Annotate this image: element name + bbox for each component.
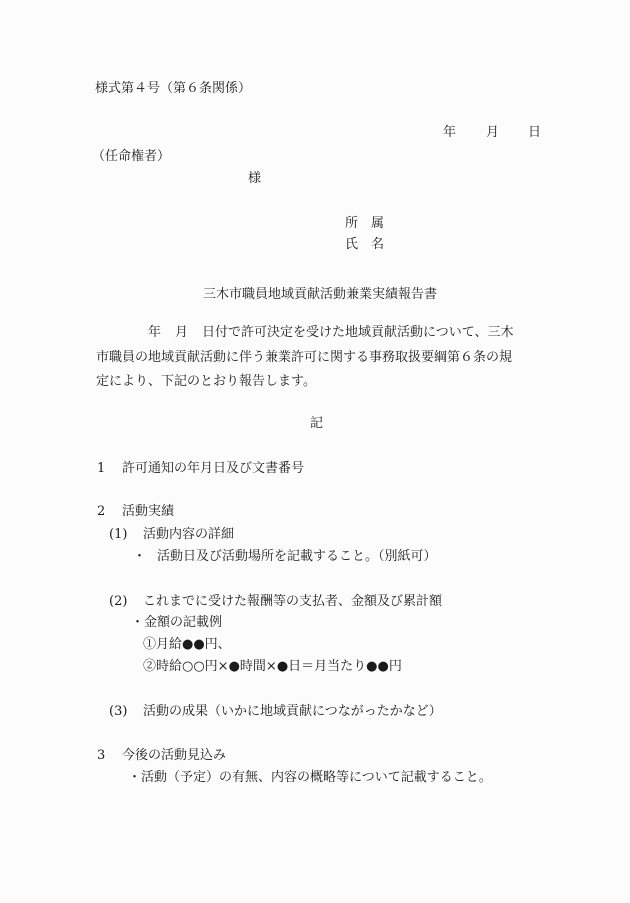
form-number: 様式第４号（第６条関係） [95, 80, 251, 98]
note-bullet: ・ [133, 548, 146, 566]
addressee-appointer: （任命権者） [92, 148, 170, 166]
subsection-number: (1) [109, 526, 127, 544]
name-label: 氏 名 [345, 236, 384, 254]
body-month: 月 [175, 325, 188, 340]
body-line-3: 定により、下記のとおり報告します。 [96, 373, 316, 391]
subsection-note: ・金額の記載例 [131, 614, 222, 632]
affiliation-label: 所 属 [345, 215, 384, 233]
addressee-honorific: 様 [248, 170, 261, 188]
section-note: ・活動（予定）の有無、内容の概略等について記載すること。 [128, 769, 492, 787]
document-title: 三木市職員地域貢献活動兼業実績報告書 [203, 286, 437, 304]
subsection-heading: 活動の成果（いかに地域貢献につながったかなど） [143, 703, 442, 721]
amount-example-2: ②時給○○円×●時間×●日＝月当たり●●円 [143, 658, 402, 676]
subsection-heading: 活動内容の詳細 [143, 526, 234, 544]
subsection-number: (2) [109, 593, 127, 611]
body-line-2: 市職員の地域貢献活動に伴う兼業許可に関する事務取扱要綱第６条の規 [96, 349, 512, 367]
date-year-label: 年 [443, 124, 456, 142]
ki-heading: 記 [310, 415, 323, 433]
subsection-note: 活動日及び活動場所を記載すること。（別紙可） [157, 548, 437, 566]
body-line-1: 年月日付で許可決定を受けた地域貢献活動について、三木 [96, 324, 514, 342]
section-heading: 今後の活動見込み [122, 747, 226, 765]
body-line-1-text: 日付で許可決定を受けた地域貢献活動について、三木 [202, 325, 513, 340]
amount-example-1: ①月給●●円、 [143, 636, 231, 654]
body-year: 年 [148, 325, 161, 340]
date-day-label: 日 [528, 124, 541, 142]
section-heading: 活動実績 [122, 503, 174, 521]
section-number: 3 [97, 747, 105, 765]
date-month-label: 月 [486, 124, 499, 142]
section-heading: 許可通知の年月日及び文書番号 [122, 460, 304, 478]
subsection-heading: これまでに受けた報酬等の支払者、金額及び累計額 [143, 593, 442, 611]
section-number: 1 [97, 460, 105, 478]
section-number: 2 [97, 503, 105, 521]
subsection-number: (3) [109, 703, 127, 721]
